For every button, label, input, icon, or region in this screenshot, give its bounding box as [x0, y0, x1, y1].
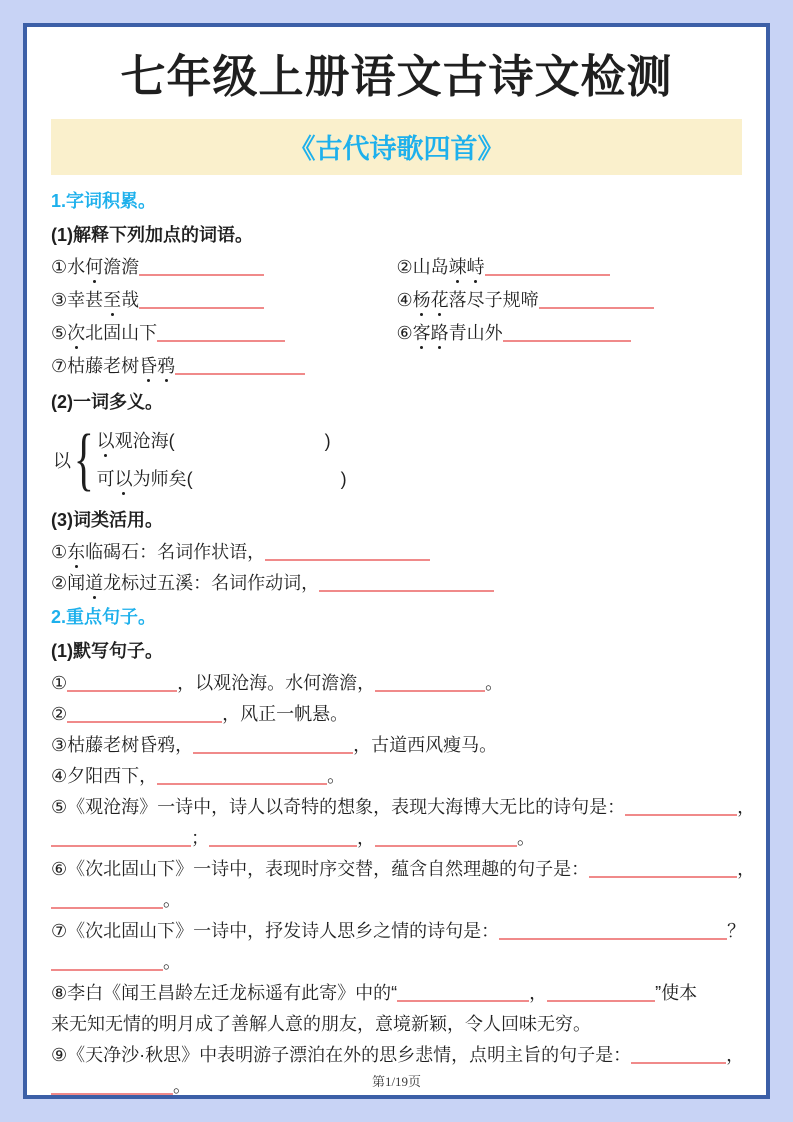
answer-blank[interactable] — [485, 258, 610, 276]
text-segment: ) — [325, 431, 331, 451]
answer-blank[interactable] — [625, 798, 737, 816]
dictation-line-1: ①，以观沧海。水何澹澹，。 — [51, 671, 742, 695]
word-item-6: ⑥客路青山外 — [397, 321, 743, 345]
emphasized-char: 何 — [85, 255, 103, 279]
text-segment: 。 — [517, 828, 535, 848]
answer-blank[interactable] — [319, 574, 494, 592]
emphasized-char: 昏 — [139, 354, 157, 378]
answer-blank[interactable] — [503, 324, 631, 342]
section-1-heading: 1.字词积累。 — [51, 187, 742, 213]
section-2-heading: 2.重点句子。 — [51, 603, 742, 629]
text-segment: ④夕阳西下， — [51, 766, 157, 786]
page-frame: 七年级上册语文古诗文检测 《古代诗歌四首》 1.字词积累。 (1)解释下列加点的… — [23, 23, 770, 1099]
text-segment: ， — [357, 828, 375, 848]
page-title: 七年级上册语文古诗文检测 — [51, 51, 742, 103]
answer-blank[interactable] — [193, 736, 353, 754]
answer-blank[interactable] — [51, 891, 163, 909]
text-segment: ② — [51, 704, 67, 724]
text-segment: ②闻 — [51, 573, 85, 593]
emphasized-char: 以 — [97, 429, 115, 453]
lesson-banner: 《古代诗歌四首》 — [51, 119, 742, 175]
text-segment: ③枯藤老树昏鸦， — [51, 735, 193, 755]
text-segment: ”使本 — [655, 983, 697, 1003]
text-segment: 观沧海( — [115, 431, 175, 451]
answer-blank[interactable] — [589, 860, 737, 878]
text-segment: ① — [51, 673, 67, 693]
text-segment: ， — [529, 983, 547, 1003]
usage-item-2: ②闻道龙标过五溪：名词作动词， — [51, 571, 742, 595]
answer-blank[interactable] — [157, 767, 327, 785]
text-segment: ②山岛 — [397, 257, 449, 277]
text-segment: ⑤ — [51, 323, 67, 343]
word-items-grid: ①水何澹澹 ②山岛竦峙 ③幸甚至哉 ④杨花落尽子规啼 ⑤次北固山下 ⑥客路青山外… — [51, 255, 742, 378]
text-segment: ， — [737, 859, 755, 879]
text-segment: ，以观沧海。水何澹澹， — [177, 673, 375, 693]
answer-blank[interactable] — [67, 674, 177, 692]
text-segment: ？ — [727, 921, 745, 941]
text-segment: 。 — [163, 890, 181, 910]
answer-blank[interactable] — [157, 324, 285, 342]
lesson-banner-text: 《古代诗歌四首》 — [289, 134, 505, 164]
answer-blank[interactable] — [51, 953, 163, 971]
dictation-line-6: ⑥《次北固山下》一诗中，表现时序交替，蕴含自然理趣的句子是：， — [51, 857, 742, 881]
text-segment: ⑥ — [397, 323, 413, 343]
dictation-line-7b: 。 — [51, 950, 742, 974]
text-segment: 来无知无情的明月成了善解人意的朋友，意境新颖，令人回味无穷。 — [51, 1014, 591, 1034]
word-item-3: ③幸甚至哉 — [51, 288, 397, 312]
paren-answer-space[interactable] — [175, 432, 325, 450]
emphasized-char: 花 — [431, 288, 449, 312]
answer-blank[interactable] — [175, 357, 305, 375]
emphasized-char: 次 — [67, 321, 85, 345]
answer-blank[interactable] — [397, 984, 529, 1002]
polysemy-line-2: 可以为师矣() — [97, 467, 347, 491]
text-segment: 北固山下 — [85, 323, 157, 343]
polysemy-group: 以 { 以观沧海() 可以为师矣() — [53, 422, 742, 498]
emphasized-char: 至 — [103, 288, 121, 312]
paren-answer-space[interactable] — [193, 470, 341, 488]
word-item-2: ②山岛竦峙 — [397, 255, 743, 279]
answer-blank[interactable] — [499, 922, 727, 940]
text-segment: 龙标过五溪：名词作动词， — [103, 573, 319, 593]
text-segment: 临碣石：名词作状语， — [85, 542, 265, 562]
emphasized-char: 东 — [67, 540, 85, 564]
answer-blank[interactable] — [375, 674, 485, 692]
answer-blank[interactable] — [265, 543, 430, 561]
text-segment: ， — [726, 1045, 744, 1065]
answer-blank[interactable] — [209, 829, 357, 847]
section-2-1-heading: (1)默写句子。 — [51, 637, 742, 663]
dictation-line-9: ⑨《天净沙·秋思》中表明游子漂泊在外的思乡悲情，点明主旨的句子是：， — [51, 1043, 742, 1067]
emphasized-char: 竦 — [449, 255, 467, 279]
text-segment: 。 — [485, 673, 503, 693]
answer-blank[interactable] — [375, 829, 517, 847]
text-segment: ，古道西风瘦马。 — [353, 735, 497, 755]
text-segment: ⑥《次北固山下》一诗中，表现时序交替，蕴含自然理趣的句子是： — [51, 859, 589, 879]
dictation-line-3: ③枯藤老树昏鸦，，古道西风瘦马。 — [51, 733, 742, 757]
emphasized-char: 鸦 — [157, 354, 175, 378]
text-segment: ) — [341, 469, 347, 489]
text-segment: ，风正一帆悬。 — [222, 704, 348, 724]
usage-item-1: ①东临碣石：名词作状语， — [51, 540, 742, 564]
polysemy-lines: 以观沧海() 可以为师矣() — [97, 422, 347, 498]
dictation-line-4: ④夕阳西下，。 — [51, 764, 742, 788]
polysemy-line-1: 以观沧海() — [97, 429, 347, 453]
text-segment: 哉 — [121, 290, 139, 310]
answer-blank[interactable] — [139, 291, 264, 309]
emphasized-char: 路 — [431, 321, 449, 345]
section-1-3-heading: (3)词类活用。 — [51, 506, 742, 532]
answer-blank[interactable] — [51, 829, 191, 847]
answer-blank[interactable] — [631, 1046, 726, 1064]
text-segment: ⑦枯藤老树 — [51, 356, 139, 376]
dictation-line-7: ⑦《次北固山下》一诗中，抒发诗人思乡之情的诗句是：？ — [51, 919, 742, 943]
text-segment: 为师矣( — [133, 469, 193, 489]
text-segment: 。 — [327, 766, 345, 786]
word-item-7: ⑦枯藤老树昏鸦 — [51, 354, 397, 378]
section-1-2-heading: (2)一词多义。 — [51, 388, 742, 414]
text-segment: 澹澹 — [103, 257, 139, 277]
text-segment: 可 — [97, 469, 115, 489]
text-segment: 。 — [163, 952, 181, 972]
dictation-line-8: ⑧李白《闻王昌龄左迁龙标遥有此寄》中的“，”使本 — [51, 981, 742, 1005]
word-item-4: ④杨花落尽子规啼 — [397, 288, 743, 312]
dictation-line-5b: ；，。 — [51, 826, 742, 850]
answer-blank[interactable] — [139, 258, 264, 276]
emphasized-char: 杨 — [413, 288, 431, 312]
word-item-5: ⑤次北固山下 — [51, 321, 397, 345]
text-segment: ③幸甚 — [51, 290, 103, 310]
word-item-1: ①水何澹澹 — [51, 255, 397, 279]
section-1-1-heading: (1)解释下列加点的词语。 — [51, 221, 742, 247]
answer-blank[interactable] — [547, 984, 655, 1002]
text-segment: ， — [737, 797, 755, 817]
text-segment: ⑦《次北固山下》一诗中，抒发诗人思乡之情的诗句是： — [51, 921, 499, 941]
text-segment: ⑧李白《闻王昌龄左迁龙标遥有此寄》中的“ — [51, 983, 397, 1003]
dictation-line-5: ⑤《观沧海》一诗中，诗人以奇特的想象，表现大海博大无比的诗句是：， — [51, 795, 742, 819]
text-segment: ④ — [397, 290, 413, 310]
text-segment: ⑤《观沧海》一诗中，诗人以奇特的想象，表现大海博大无比的诗句是： — [51, 797, 625, 817]
text-segment: 青山外 — [449, 323, 503, 343]
emphasized-char: 道 — [85, 571, 103, 595]
dictation-line-2: ②，风正一帆悬。 — [51, 702, 742, 726]
answer-blank[interactable] — [67, 705, 222, 723]
dictation-line-6b: 。 — [51, 888, 742, 912]
emphasized-char: 峙 — [467, 255, 485, 279]
text-segment: ； — [191, 828, 209, 848]
polysemy-word: 以 — [53, 447, 71, 473]
page-number: 第1/19页 — [27, 1071, 766, 1090]
text-segment: ① — [51, 542, 67, 562]
emphasized-char: 客 — [413, 321, 431, 345]
text-segment: ⑨《天净沙·秋思》中表明游子漂泊在外的思乡悲情，点明主旨的句子是： — [51, 1045, 631, 1065]
answer-blank[interactable] — [539, 291, 654, 309]
emphasized-char: 以 — [115, 467, 133, 491]
text-segment: ①水 — [51, 257, 85, 277]
text-segment: 落尽子规啼 — [449, 290, 539, 310]
dictation-line-8b: 来无知无情的明月成了善解人意的朋友，意境新颖，令人回味无穷。 — [51, 1012, 742, 1036]
left-brace: { — [74, 428, 94, 491]
